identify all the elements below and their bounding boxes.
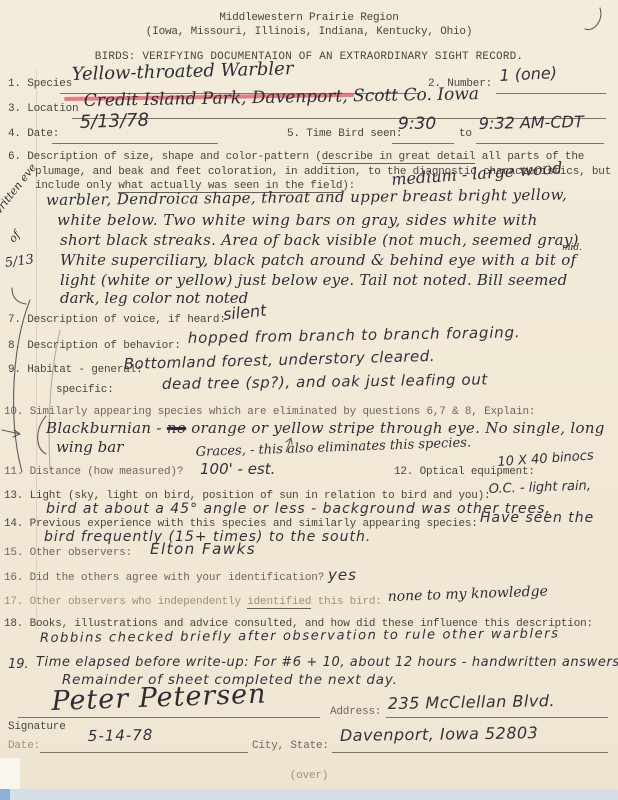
habitat-specific-label: specific: — [56, 384, 114, 396]
scan-corner-square — [0, 789, 10, 800]
city-state-label: City, State: — [252, 740, 329, 752]
habitat-general-label: 9. Habitat - general: — [8, 364, 142, 376]
independent-id-label-a: 17. Other observers who independently — [4, 596, 247, 608]
independent-id-label: 17. Other observers who independently id… — [4, 596, 382, 608]
similar-species-entry-line1: Blackburnian - no orange or yellow strip… — [46, 419, 605, 437]
date-label: 4. Date: — [8, 128, 59, 140]
agreement-entry: yes — [328, 566, 357, 584]
signature-entry: Peter Petersen — [51, 679, 267, 717]
number-entry: 1 (one) — [499, 63, 557, 85]
over-footer: (over) — [0, 770, 618, 782]
city-state-blank — [332, 752, 608, 753]
form-region-title: Middlewestern Prairie Region — [0, 12, 618, 24]
similar-species-struck-word: no — [167, 419, 186, 437]
independent-id-label-b: this bird: — [311, 596, 381, 608]
description-entry-line4: White superciliary, black patch around &… — [60, 251, 576, 269]
city-state-entry: Davenport, Iowa 52803 — [340, 723, 539, 745]
address-blank-line — [386, 717, 608, 718]
behavior-label: 8. Description of behavior: — [8, 340, 181, 352]
location-label: 3. Location — [8, 103, 78, 115]
description-entry-line6: dark, leg color not noted — [60, 289, 248, 307]
time-seen-label: 5. Time Bird seen: — [287, 128, 402, 140]
description-entry-line3: short black streaks. Area of back visibl… — [60, 231, 579, 249]
behavior-entry: hopped from branch to branch foraging. — [188, 323, 521, 347]
other-observers-label: 15. Other observers: — [4, 547, 132, 559]
voice-entry: silent — [222, 301, 267, 324]
scan-bottom-strip — [0, 789, 618, 800]
description-entry-line2: white below. Two white wing bars on gray… — [57, 211, 538, 229]
description-entry-line5: light (white or yellow) just below eye. … — [60, 271, 567, 289]
answer-paren-stroke — [38, 416, 46, 454]
elapsed-time-number: 19. — [8, 657, 29, 672]
time-from-entry: 9:30 — [398, 114, 436, 134]
agreement-label: 16. Did the others agree with your ident… — [4, 572, 324, 584]
light-entry-line1: O.C. - light rain, — [488, 478, 591, 497]
habitat-specific-entry: dead tree (sp?), and oak just leafing ou… — [162, 370, 488, 393]
margin-arrow-icon — [2, 430, 20, 437]
species-label: 1. Species — [8, 78, 72, 90]
description-label-part1: 6. Description of size, shape and color-… — [8, 151, 322, 163]
similar-species-entry-line2: wing bar — [56, 438, 123, 456]
form-main-title: BIRDS: VERIFYING DOCUMENTAION OF AN EXTR… — [0, 51, 618, 63]
number-blank-line — [496, 93, 606, 94]
scan-corner-wedge — [0, 758, 20, 789]
signature-blank-line — [18, 717, 320, 718]
signature-date-blank — [40, 752, 248, 753]
time-to-entry: 9:32 AM-CDT — [479, 112, 584, 133]
independent-id-entry: none to my knowledge — [387, 583, 548, 605]
books-entry: Robbins checked briefly after observatio… — [40, 626, 560, 646]
location-entry: Credit Island Park, Davenport, Scott Co.… — [84, 84, 479, 111]
time-to-blank — [476, 143, 604, 144]
time-to-word: to — [459, 128, 472, 140]
independent-id-label-underlined: identified — [247, 596, 311, 609]
margin-note-of: of — [6, 228, 23, 245]
similar-species-text-a: Blackburnian - — [46, 419, 167, 437]
experience-entry-line1: Have seen the — [480, 510, 594, 526]
margin-hook — [12, 288, 26, 304]
scanned-sight-record-form: Middlewestern Prairie Region (Iowa, Miss… — [0, 0, 618, 800]
date-entry: 5/13/78 — [79, 110, 149, 133]
optical-equipment-entry: 10 X 40 binocs — [497, 448, 594, 470]
distance-label: 11. Distance (how measured)? — [4, 466, 183, 478]
margin-note-date: 5/13 — [4, 252, 35, 271]
distance-entry: 100' - est. — [200, 460, 275, 478]
signature-date-entry: 5-14-78 — [88, 726, 154, 745]
similar-species-text-b: orange or yellow stripe through eye. No … — [186, 419, 605, 437]
signature-date-label: Date: — [8, 740, 40, 752]
similar-species-label: 10. Similarly appearing species which ar… — [4, 406, 535, 418]
description-label-underlined1: describe in great detail — [322, 151, 476, 164]
elapsed-time-entry-line1: Time elapsed before write-up: For #6 + 1… — [36, 655, 618, 670]
light-entry-line2: bird at about a 45° angle or less - back… — [46, 501, 551, 517]
address-label: Address: — [330, 706, 381, 718]
form-region-states: (Iowa, Missouri, Illinois, Indiana, Kent… — [0, 26, 618, 38]
similar-species-note: Graces, - this also eliminates this spec… — [195, 435, 471, 460]
date-blank-line — [52, 143, 218, 144]
other-observers-entry: Elton Fawks — [150, 540, 256, 558]
species-entry: Yellow-throated Warbler — [71, 58, 293, 85]
signature-label: Signature — [8, 721, 66, 733]
voice-label: 7. Description of voice, if heard: — [8, 314, 226, 326]
time-from-blank — [392, 143, 454, 144]
address-entry: 235 McClellan Blvd. — [388, 691, 556, 713]
